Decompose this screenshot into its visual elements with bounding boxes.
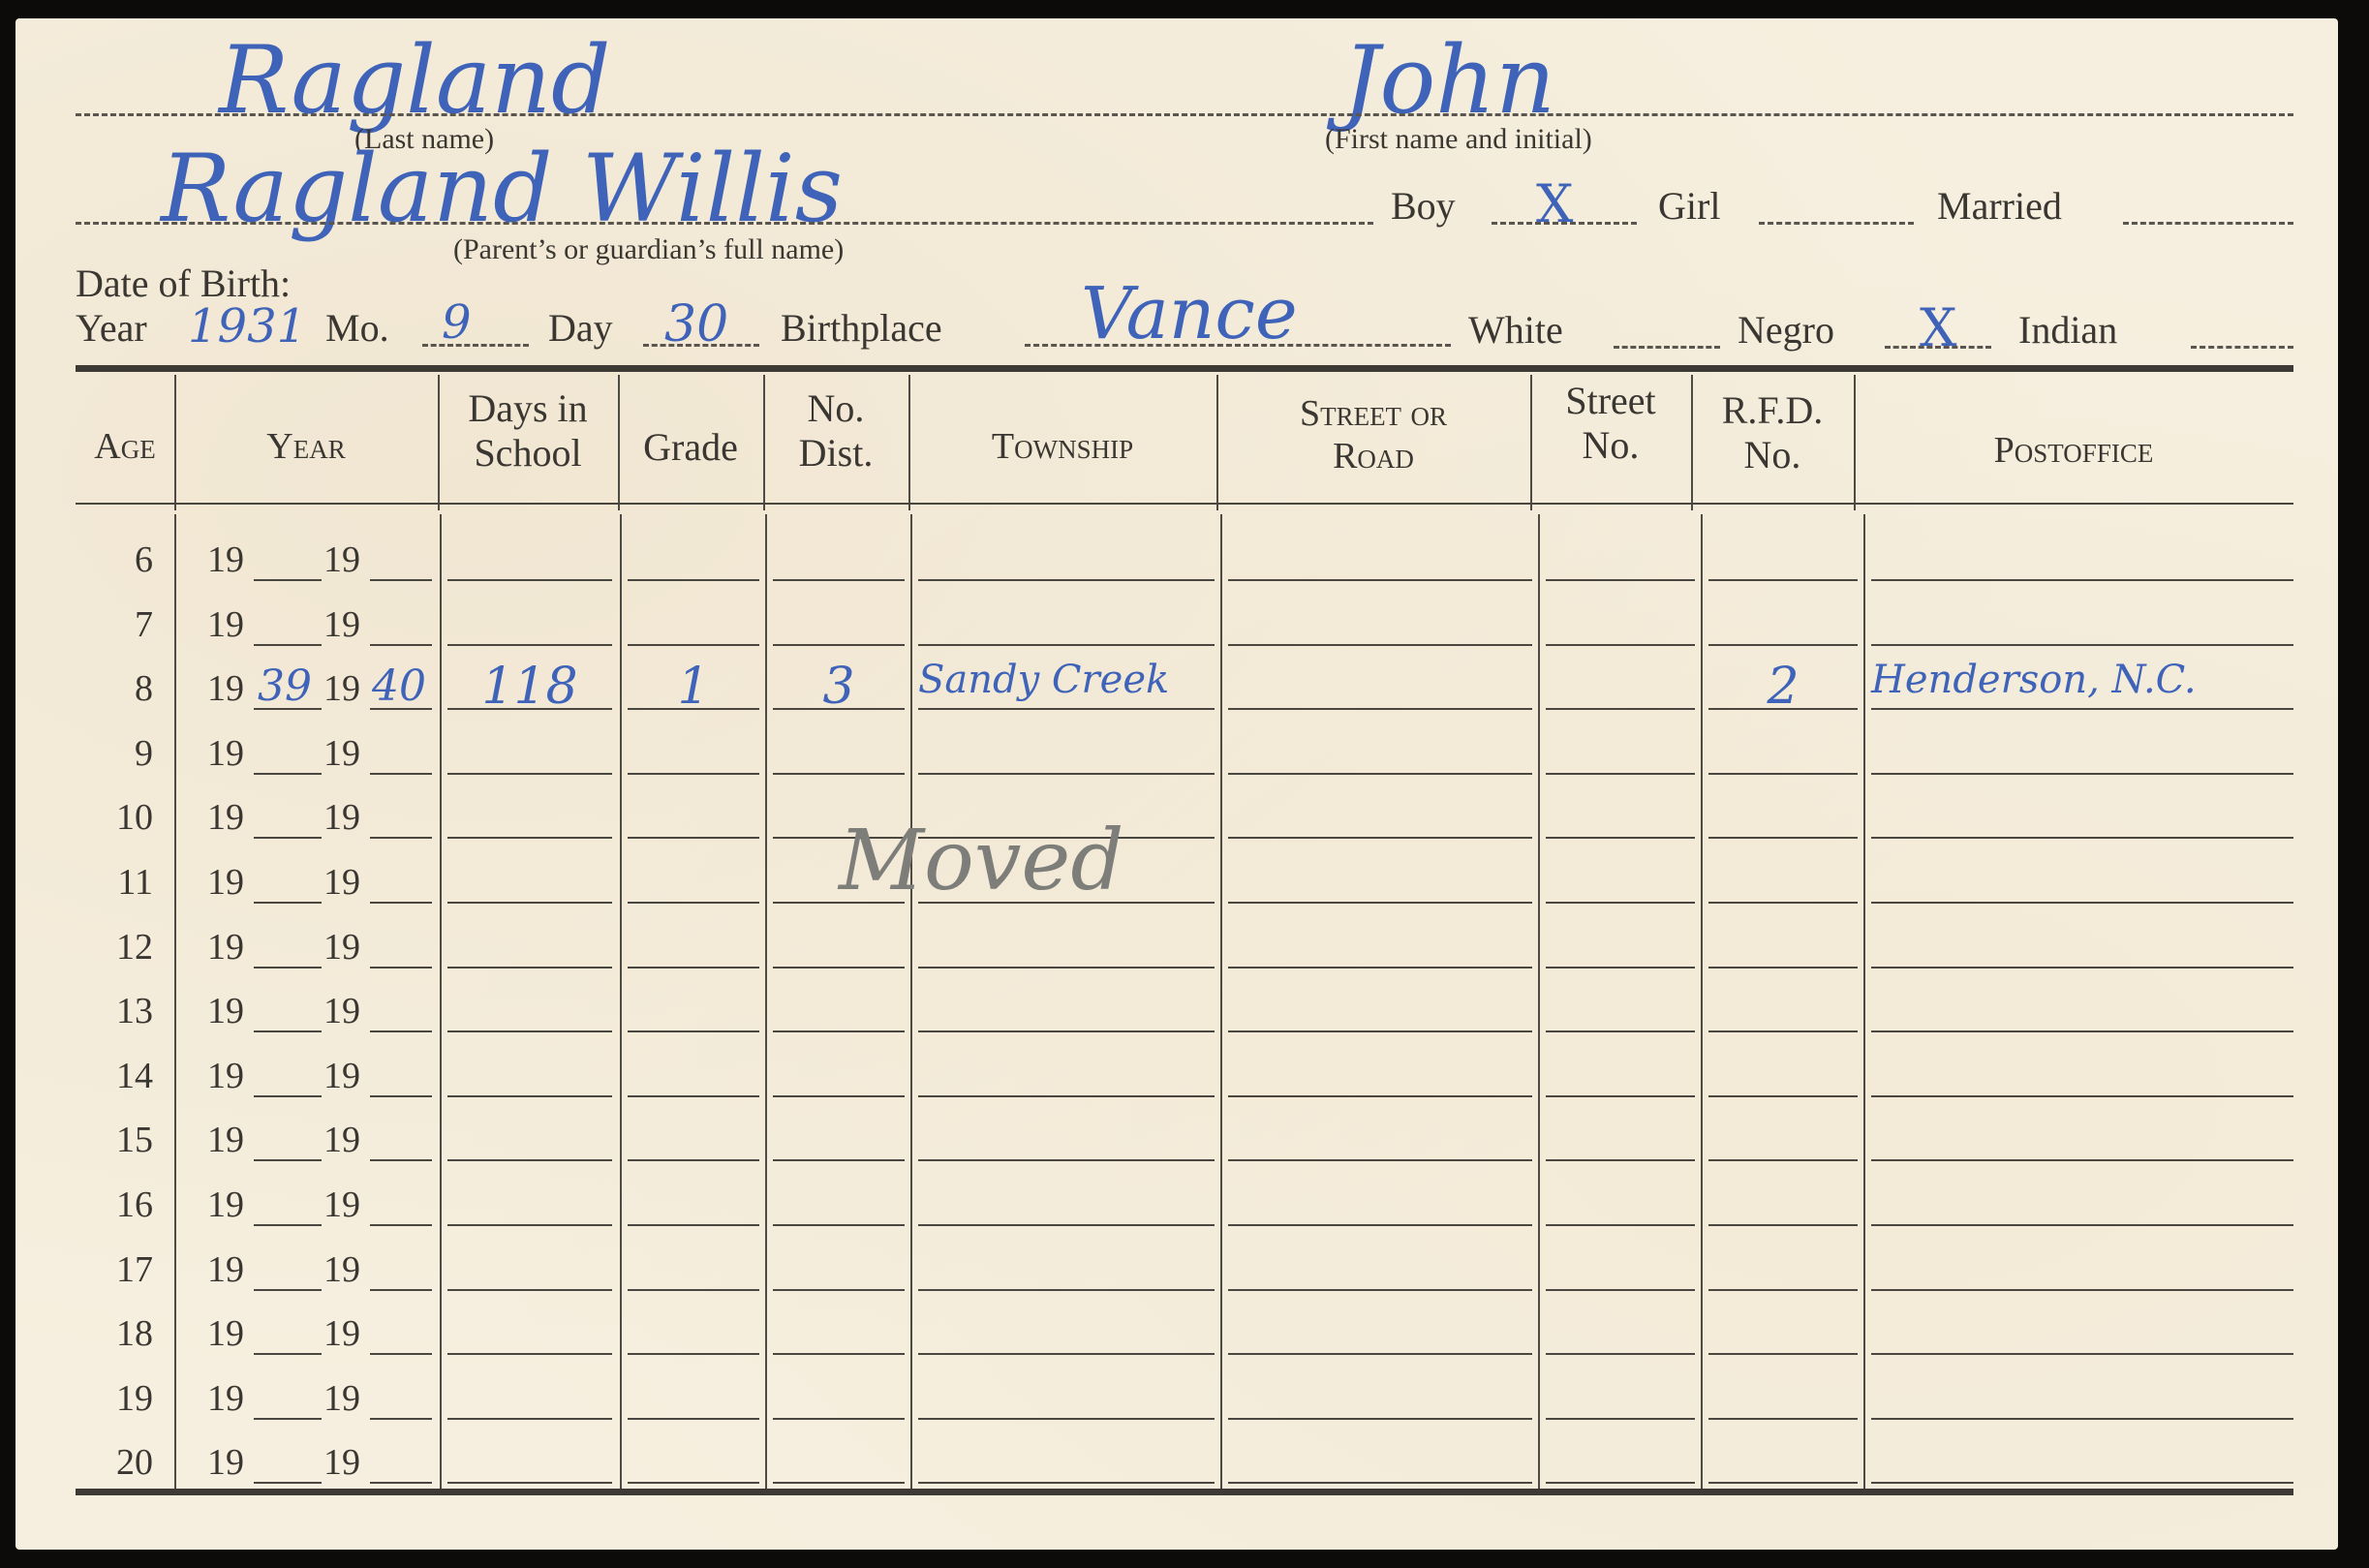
- dist-line: [773, 1159, 905, 1161]
- table-row: 71919: [15, 600, 2338, 663]
- year-to-line: [370, 1289, 432, 1291]
- header-dist-line1: No.: [763, 386, 908, 431]
- white-line: [1614, 346, 1720, 349]
- guardian-label: (Parent’s or guardian’s full name): [453, 233, 844, 266]
- year-from-line: [254, 773, 322, 775]
- year-to-value: 40: [372, 661, 426, 711]
- year-from-prefix: 19: [207, 1441, 244, 1484]
- age-cell: 7: [76, 603, 153, 646]
- year-from-value: 39: [258, 661, 312, 711]
- street-line: [1228, 1482, 1532, 1484]
- age-cell: 17: [76, 1248, 153, 1291]
- year-from-line: [254, 1418, 322, 1420]
- days-line: [447, 1030, 612, 1032]
- year-from-prefix: 19: [207, 1119, 244, 1161]
- year-from-prefix: 19: [207, 667, 244, 710]
- birth-day-value: 30: [664, 295, 728, 354]
- header-no-dist: No. Dist.: [763, 386, 908, 476]
- days-line: [447, 1289, 612, 1291]
- year-from-line: [254, 1482, 322, 1484]
- grade-line: [628, 837, 759, 839]
- year-to-line: [370, 1224, 432, 1226]
- days-line: [447, 644, 612, 646]
- rfd-line: [1708, 837, 1858, 839]
- year-from-line: [254, 1289, 322, 1291]
- street-line: [1228, 1030, 1532, 1032]
- header-grade: Grade: [618, 425, 763, 470]
- year-from-prefix: 19: [207, 861, 244, 904]
- table-row: 121919: [15, 922, 2338, 986]
- age-cell: 16: [76, 1184, 153, 1226]
- township-line: [918, 967, 1215, 968]
- postoffice-line: [1871, 644, 2293, 646]
- days-line: [447, 1159, 612, 1161]
- grade-value: 1: [628, 658, 759, 716]
- postoffice-line: [1871, 1224, 2293, 1226]
- header-days-in-school: Days in School: [438, 386, 618, 476]
- married-line: [2123, 222, 2293, 225]
- year-to-prefix: 19: [323, 926, 360, 968]
- township-line: [918, 1289, 1215, 1291]
- header-streetno-line1: Street: [1530, 379, 1691, 423]
- grade-line: [628, 579, 759, 581]
- table-row: 191919: [15, 1373, 2338, 1437]
- postoffice-line: [1871, 708, 2293, 710]
- street-no-line: [1546, 1159, 1695, 1161]
- postoffice-value: Henderson, N.C.: [1871, 658, 2293, 702]
- street-line: [1228, 902, 1532, 904]
- birthplace-label: Birthplace: [781, 305, 942, 351]
- township-line: [918, 1482, 1215, 1484]
- days-line: [447, 1224, 612, 1226]
- postoffice-line: [1871, 837, 2293, 839]
- header-street-no: Street No.: [1530, 379, 1691, 468]
- year-to-prefix: 19: [323, 538, 360, 581]
- year-to-line: [370, 1095, 432, 1097]
- dist-line: [773, 1353, 905, 1355]
- township-value: Sandy Creek: [918, 658, 1215, 702]
- guardian-name-value: Ragland Willis: [161, 135, 843, 243]
- dist-line: [773, 1030, 905, 1032]
- year-from-line: [254, 967, 322, 968]
- township-line: [918, 1095, 1215, 1097]
- dist-line: [773, 579, 905, 581]
- age-cell: 19: [76, 1377, 153, 1420]
- days-line: [447, 967, 612, 968]
- rfd-line: [1708, 1289, 1858, 1291]
- days-line: [447, 1418, 612, 1420]
- days-line: [447, 1353, 612, 1355]
- rfd-line: [1708, 902, 1858, 904]
- year-from-prefix: 19: [207, 1184, 244, 1226]
- table-row: 61919: [15, 535, 2338, 599]
- name-line: [76, 113, 2293, 116]
- township-line: [918, 1030, 1215, 1032]
- postoffice-line: [1871, 1095, 2293, 1097]
- rfd-line: [1708, 1353, 1858, 1355]
- year-from-line: [254, 579, 322, 581]
- postoffice-line: [1871, 1289, 2293, 1291]
- year-from-prefix: 19: [207, 1248, 244, 1291]
- dist-line: [773, 644, 905, 646]
- township-line: [918, 1353, 1215, 1355]
- year-from-line: [254, 902, 322, 904]
- township-line: [918, 773, 1215, 775]
- grade-line: [628, 1159, 759, 1161]
- street-line: [1228, 1289, 1532, 1291]
- girl-line: [1759, 222, 1914, 225]
- street-no-line: [1546, 1353, 1695, 1355]
- street-no-line: [1546, 1482, 1695, 1484]
- grade-line: [628, 1289, 759, 1291]
- header-days-line2: School: [438, 431, 618, 476]
- year-from-line: [254, 644, 322, 646]
- year-to-prefix: 19: [323, 1441, 360, 1484]
- year-from-prefix: 19: [207, 926, 244, 968]
- year-to-line: [370, 1030, 432, 1032]
- township-line: [918, 1418, 1215, 1420]
- indian-line: [2191, 346, 2293, 349]
- postoffice-line: [1871, 1418, 2293, 1420]
- year-from-prefix: 19: [207, 1377, 244, 1420]
- street-line: [1228, 708, 1532, 710]
- township-line: [918, 1224, 1215, 1226]
- age-cell: 18: [76, 1312, 153, 1355]
- last-name-value: Ragland: [219, 26, 610, 135]
- year-to-prefix: 19: [323, 1184, 360, 1226]
- year-to-line: [370, 1418, 432, 1420]
- age-cell: 6: [76, 538, 153, 581]
- street-no-line: [1546, 1289, 1695, 1291]
- grade-line: [628, 1030, 759, 1032]
- header-street-line2: Road: [1216, 435, 1530, 477]
- township-line: [918, 579, 1215, 581]
- street-no-line: [1546, 773, 1695, 775]
- married-label: Married: [1937, 183, 2062, 229]
- month-label: Mo.: [325, 305, 389, 351]
- year-to-prefix: 19: [323, 1248, 360, 1291]
- year-to-line: [370, 773, 432, 775]
- dist-line: [773, 1289, 905, 1291]
- year-to-line: [370, 837, 432, 839]
- year-to-line: [370, 967, 432, 968]
- street-line: [1228, 773, 1532, 775]
- rfd-line: [1708, 1224, 1858, 1226]
- street-no-line: [1546, 1030, 1695, 1032]
- grade-line: [628, 902, 759, 904]
- age-cell: 12: [76, 926, 153, 968]
- dist-line: [773, 1224, 905, 1226]
- year-to-prefix: 19: [323, 603, 360, 646]
- rfd-line: [1708, 773, 1858, 775]
- street-no-line: [1546, 967, 1695, 968]
- negro-check-mark: X: [1920, 297, 1956, 358]
- street-line: [1228, 837, 1532, 839]
- year-to-prefix: 19: [323, 990, 360, 1032]
- street-line: [1228, 1353, 1532, 1355]
- days-line: [447, 1095, 612, 1097]
- header-township: Township: [908, 425, 1216, 468]
- year-to-line: [370, 579, 432, 581]
- grade-line: [628, 773, 759, 775]
- postoffice-line: [1871, 773, 2293, 775]
- header-dist-line2: Dist.: [763, 431, 908, 476]
- header-year: Year: [174, 425, 438, 468]
- rfd-value: 2: [1708, 658, 1858, 716]
- year-to-prefix: 19: [323, 796, 360, 839]
- dist-line: [773, 967, 905, 968]
- table-top-rule: [76, 365, 2293, 372]
- grade-line: [628, 967, 759, 968]
- header-days-line1: Days in: [438, 386, 618, 431]
- year-from-prefix: 19: [207, 796, 244, 839]
- street-no-line: [1546, 644, 1695, 646]
- days-line: [447, 579, 612, 581]
- street-line: [1228, 1159, 1532, 1161]
- year-from-prefix: 19: [207, 603, 244, 646]
- grade-line: [628, 1224, 759, 1226]
- year-to-prefix: 19: [323, 1055, 360, 1097]
- header-postoffice: Postoffice: [1854, 429, 2293, 472]
- age-cell: 10: [76, 796, 153, 839]
- year-to-prefix: 19: [323, 1377, 360, 1420]
- table-row: 111919: [15, 857, 2338, 921]
- street-no-line: [1546, 1418, 1695, 1420]
- first-name-value: John: [1342, 26, 1555, 135]
- first-name-label: (First name and initial): [1325, 123, 1592, 156]
- birthplace-value: Vance: [1081, 272, 1298, 355]
- header-age: Age: [76, 425, 174, 468]
- township-line: [918, 644, 1215, 646]
- year-to-line: [370, 1353, 432, 1355]
- school-census-card: Ragland John (Last name) (First name and…: [15, 18, 2338, 1550]
- header-street-line1: Street or: [1216, 392, 1530, 435]
- year-from-line: [254, 1030, 322, 1032]
- days-line: [447, 773, 612, 775]
- postoffice-line: [1871, 902, 2293, 904]
- days-line: [447, 902, 612, 904]
- age-cell: 20: [76, 1441, 153, 1484]
- birth-year-value: 1931: [188, 299, 306, 354]
- table-bottom-rule: [76, 1489, 2293, 1495]
- header-rfd-line2: No.: [1691, 433, 1854, 477]
- year-to-prefix: 19: [323, 667, 360, 710]
- table-row: 151919: [15, 1115, 2338, 1179]
- year-to-prefix: 19: [323, 732, 360, 775]
- dist-line: [773, 773, 905, 775]
- days-value: 118: [447, 658, 612, 716]
- year-to-prefix: 19: [323, 861, 360, 904]
- postoffice-line: [1871, 1030, 2293, 1032]
- age-cell: 9: [76, 732, 153, 775]
- street-line: [1228, 1095, 1532, 1097]
- negro-label: Negro: [1738, 307, 1834, 353]
- age-cell: 13: [76, 990, 153, 1032]
- postoffice-line: [1871, 579, 2293, 581]
- table-row: 161919: [15, 1180, 2338, 1244]
- street-no-line: [1546, 579, 1695, 581]
- postoffice-line: [1871, 1353, 2293, 1355]
- year-from-line: [254, 837, 322, 839]
- header-bottom-rule: [76, 503, 2293, 505]
- age-cell: 15: [76, 1119, 153, 1161]
- street-no-line: [1546, 708, 1695, 710]
- township-line: [918, 708, 1215, 710]
- rfd-line: [1708, 579, 1858, 581]
- street-line: [1228, 579, 1532, 581]
- street-no-line: [1546, 1224, 1695, 1226]
- year-from-line: [254, 1159, 322, 1161]
- year-to-line: [370, 1159, 432, 1161]
- year-to-line: [370, 902, 432, 904]
- rfd-line: [1708, 1030, 1858, 1032]
- table-row: 171919: [15, 1245, 2338, 1308]
- street-no-line: [1546, 837, 1695, 839]
- rfd-line: [1708, 644, 1858, 646]
- boy-label: Boy: [1391, 183, 1456, 229]
- girl-label: Girl: [1658, 183, 1720, 229]
- rfd-line: [1708, 967, 1858, 968]
- grade-line: [628, 1418, 759, 1420]
- moved-annotation: Moved: [839, 813, 1123, 909]
- year-label: Year: [76, 305, 147, 351]
- age-cell: 8: [76, 667, 153, 710]
- header-rfd-line1: R.F.D.: [1691, 388, 1854, 433]
- street-no-line: [1546, 902, 1695, 904]
- dist-line: [773, 1418, 905, 1420]
- birth-month-value: 9: [442, 295, 472, 350]
- year-from-line: [254, 1095, 322, 1097]
- year-to-line: [370, 1482, 432, 1484]
- header-rfd-no: R.F.D. No.: [1691, 388, 1854, 477]
- table-row: 141919: [15, 1051, 2338, 1115]
- year-from-prefix: 19: [207, 1055, 244, 1097]
- year-from-prefix: 19: [207, 732, 244, 775]
- table-row: 101919: [15, 792, 2338, 856]
- year-from-prefix: 19: [207, 990, 244, 1032]
- street-line: [1228, 967, 1532, 968]
- age-cell: 11: [76, 861, 153, 904]
- rfd-line: [1708, 1159, 1858, 1161]
- day-label: Day: [548, 305, 613, 351]
- guardian-line: [76, 222, 1373, 225]
- street-no-line: [1546, 1095, 1695, 1097]
- grade-line: [628, 1095, 759, 1097]
- dist-line: [773, 1482, 905, 1484]
- table-row: 131919: [15, 986, 2338, 1050]
- street-line: [1228, 1418, 1532, 1420]
- month-line: [422, 344, 529, 347]
- table-row: 91919: [15, 728, 2338, 792]
- rfd-line: [1708, 1482, 1858, 1484]
- dist-line: [773, 1095, 905, 1097]
- year-from-line: [254, 1224, 322, 1226]
- rfd-line: [1708, 1418, 1858, 1420]
- indian-label: Indian: [2018, 307, 2117, 353]
- header-street-or-road: Street or Road: [1216, 392, 1530, 477]
- postoffice-line: [1871, 1482, 2293, 1484]
- year-to-prefix: 19: [323, 1312, 360, 1355]
- table-row: 181919: [15, 1308, 2338, 1372]
- year-to-prefix: 19: [323, 1119, 360, 1161]
- boy-check-mark: X: [1536, 173, 1573, 234]
- postoffice-line: [1871, 967, 2293, 968]
- grade-line: [628, 1353, 759, 1355]
- days-line: [447, 1482, 612, 1484]
- year-from-line: [254, 1353, 322, 1355]
- year-from-prefix: 19: [207, 1312, 244, 1355]
- year-from-prefix: 19: [207, 538, 244, 581]
- dist-value: 3: [773, 658, 905, 716]
- year-to-line: [370, 644, 432, 646]
- postoffice-line: [1871, 1159, 2293, 1161]
- age-cell: 14: [76, 1055, 153, 1097]
- rfd-line: [1708, 1095, 1858, 1097]
- street-line: [1228, 644, 1532, 646]
- street-line: [1228, 1224, 1532, 1226]
- table-row: 81919394011813Sandy Creek2Henderson, N.C…: [15, 663, 2338, 727]
- township-line: [918, 1159, 1215, 1161]
- grade-line: [628, 1482, 759, 1484]
- days-line: [447, 837, 612, 839]
- header-streetno-line2: No.: [1530, 423, 1691, 468]
- white-label: White: [1468, 307, 1563, 353]
- grade-line: [628, 644, 759, 646]
